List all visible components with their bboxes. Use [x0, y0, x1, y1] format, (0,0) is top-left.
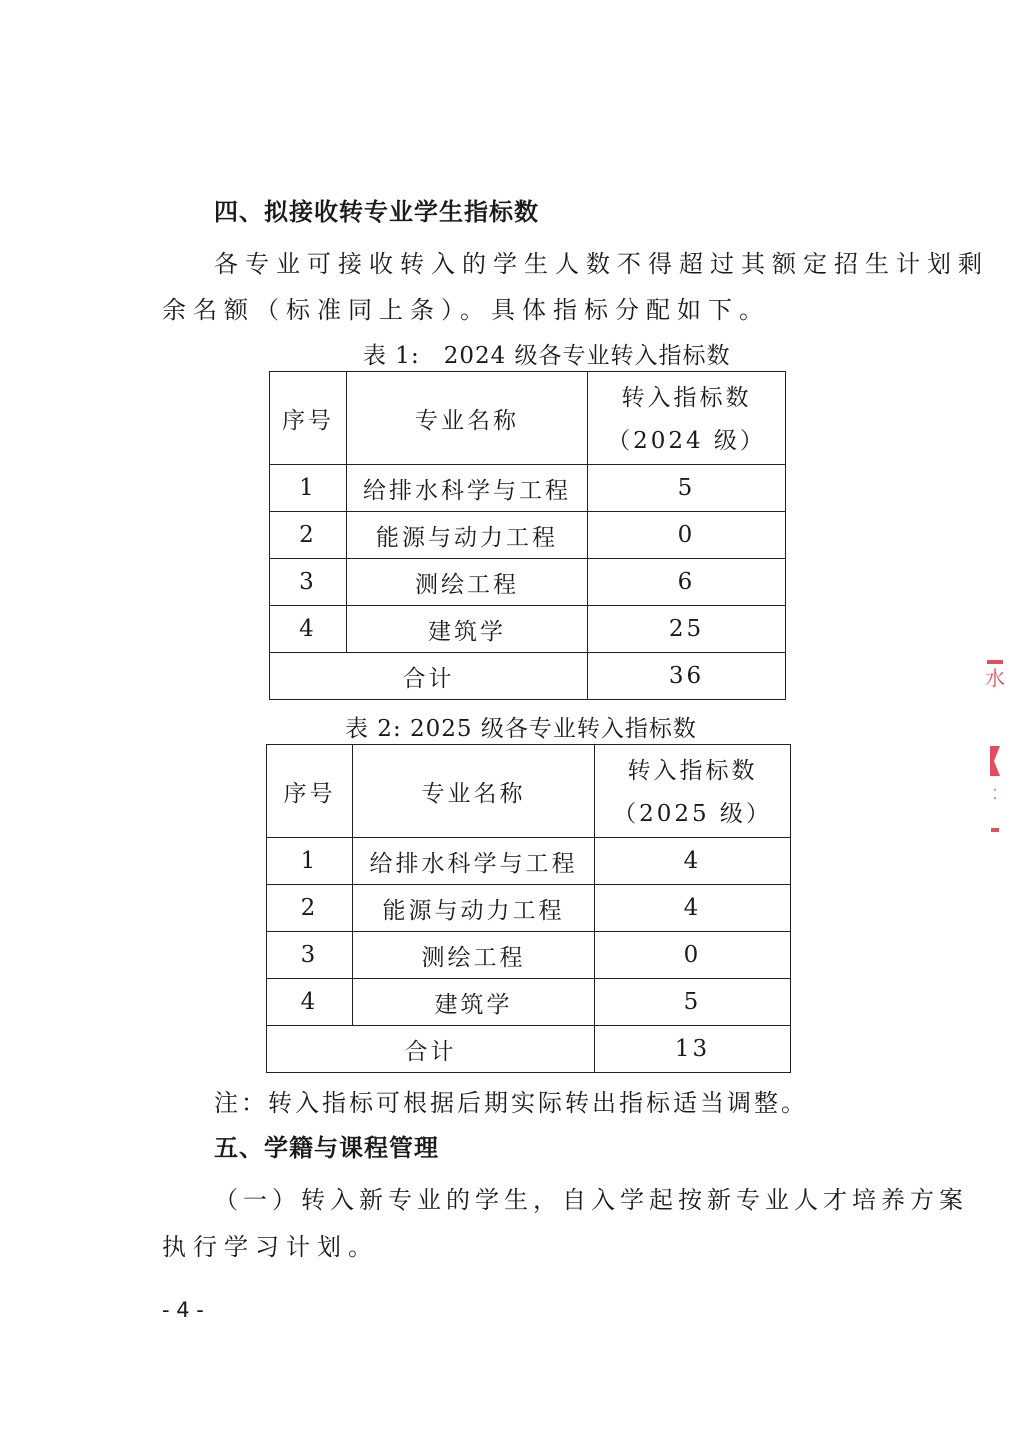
table-note: 注：转入指标可根据后期实际转出指标适当调整。 — [214, 1083, 808, 1118]
section-5-paragraph-line-2: 执行学习计划。 — [162, 1227, 379, 1262]
cell-major: 能源与动力工程 — [347, 512, 588, 559]
cell-seq: 3 — [270, 559, 347, 606]
total-label: 合计 — [270, 653, 588, 700]
cell-major: 建筑学 — [347, 606, 588, 653]
table-1-total-row: 合计 36 — [270, 653, 786, 700]
section-4-paragraph-line-2: 余名额（标准同上条）。具体指标分配如下。 — [162, 290, 770, 325]
table-row: 2 能源与动力工程 4 — [267, 885, 791, 932]
seal-bottom — [991, 828, 999, 832]
table-row: 3 测绘工程 6 — [270, 559, 786, 606]
cell-seq: 4 — [270, 606, 347, 653]
table-row: 2 能源与动力工程 0 — [270, 512, 786, 559]
seal-mark — [990, 746, 1000, 776]
table-2-header-row: 序号 专业名称 转入指标数 （2025 级） — [267, 745, 791, 838]
section-4-heading: 四、拟接收转专业学生指标数 — [214, 192, 539, 227]
table-2: 序号 专业名称 转入指标数 （2025 级） 1 给排水科学与工程 4 2 能源… — [266, 744, 791, 1073]
cell-quota: 5 — [595, 979, 791, 1026]
table-row: 4 建筑学 25 — [270, 606, 786, 653]
total-label: 合计 — [267, 1026, 595, 1073]
cell-quota: 5 — [588, 465, 786, 512]
cell-seq: 1 — [270, 465, 347, 512]
cell-seq: 4 — [267, 979, 353, 1026]
cell-major: 给排水科学与工程 — [347, 465, 588, 512]
header-quota-line-2: （2024 级） — [588, 421, 785, 461]
cell-major: 测绘工程 — [353, 932, 595, 979]
cell-seq: 3 — [267, 932, 353, 979]
total-value: 36 — [588, 653, 786, 700]
table-row: 1 给排水科学与工程 5 — [270, 465, 786, 512]
cell-quota: 4 — [595, 838, 791, 885]
header-seq: 序号 — [270, 372, 347, 465]
table-row: 4 建筑学 5 — [267, 979, 791, 1026]
table-1-caption: 表 1: 2024 级各专业转入指标数 — [363, 337, 731, 370]
cell-seq: 1 — [267, 838, 353, 885]
section-5-heading: 五、学籍与课程管理 — [214, 1128, 439, 1163]
page-number: - 4 - — [162, 1298, 204, 1322]
total-value: 13 — [595, 1026, 791, 1073]
seal-dots: ⁚ — [985, 786, 1005, 804]
seal-bar — [987, 660, 1003, 664]
section-5-paragraph-line-1: （一）转入新专业的学生，自入学起按新专业人才培养方案 — [214, 1180, 968, 1215]
cell-quota: 0 — [588, 512, 786, 559]
cell-seq: 2 — [270, 512, 347, 559]
header-quota: 转入指标数 （2024 级） — [588, 372, 786, 465]
cell-seq: 2 — [267, 885, 353, 932]
header-quota: 转入指标数 （2025 级） — [595, 745, 791, 838]
table-row: 1 给排水科学与工程 4 — [267, 838, 791, 885]
cell-quota: 0 — [595, 932, 791, 979]
seal-stamp-fragment: 水 ⁚ — [985, 660, 1005, 860]
header-quota-line-1: 转入指标数 — [588, 375, 785, 421]
cell-quota: 4 — [595, 885, 791, 932]
header-quota-line-2: （2025 级） — [595, 794, 790, 834]
header-major: 专业名称 — [347, 372, 588, 465]
table-2-total-row: 合计 13 — [267, 1026, 791, 1073]
cell-quota: 25 — [588, 606, 786, 653]
table-row: 3 测绘工程 0 — [267, 932, 791, 979]
table-1-header-row: 序号 专业名称 转入指标数 （2024 级） — [270, 372, 786, 465]
table-2-caption: 表 2: 2025 级各专业转入指标数 — [345, 710, 697, 743]
cell-major: 建筑学 — [353, 979, 595, 1026]
seal-glyph: 水 — [985, 666, 1005, 690]
cell-major: 能源与动力工程 — [353, 885, 595, 932]
header-seq: 序号 — [267, 745, 353, 838]
section-4-paragraph-line-1: 各专业可接收转入的学生人数不得超过其额定招生计划剩 — [214, 244, 989, 279]
header-quota-line-1: 转入指标数 — [595, 748, 790, 794]
cell-quota: 6 — [588, 559, 786, 606]
header-major: 专业名称 — [353, 745, 595, 838]
cell-major: 测绘工程 — [347, 559, 588, 606]
table-1: 序号 专业名称 转入指标数 （2024 级） 1 给排水科学与工程 5 2 能源… — [269, 371, 786, 700]
cell-major: 给排水科学与工程 — [353, 838, 595, 885]
